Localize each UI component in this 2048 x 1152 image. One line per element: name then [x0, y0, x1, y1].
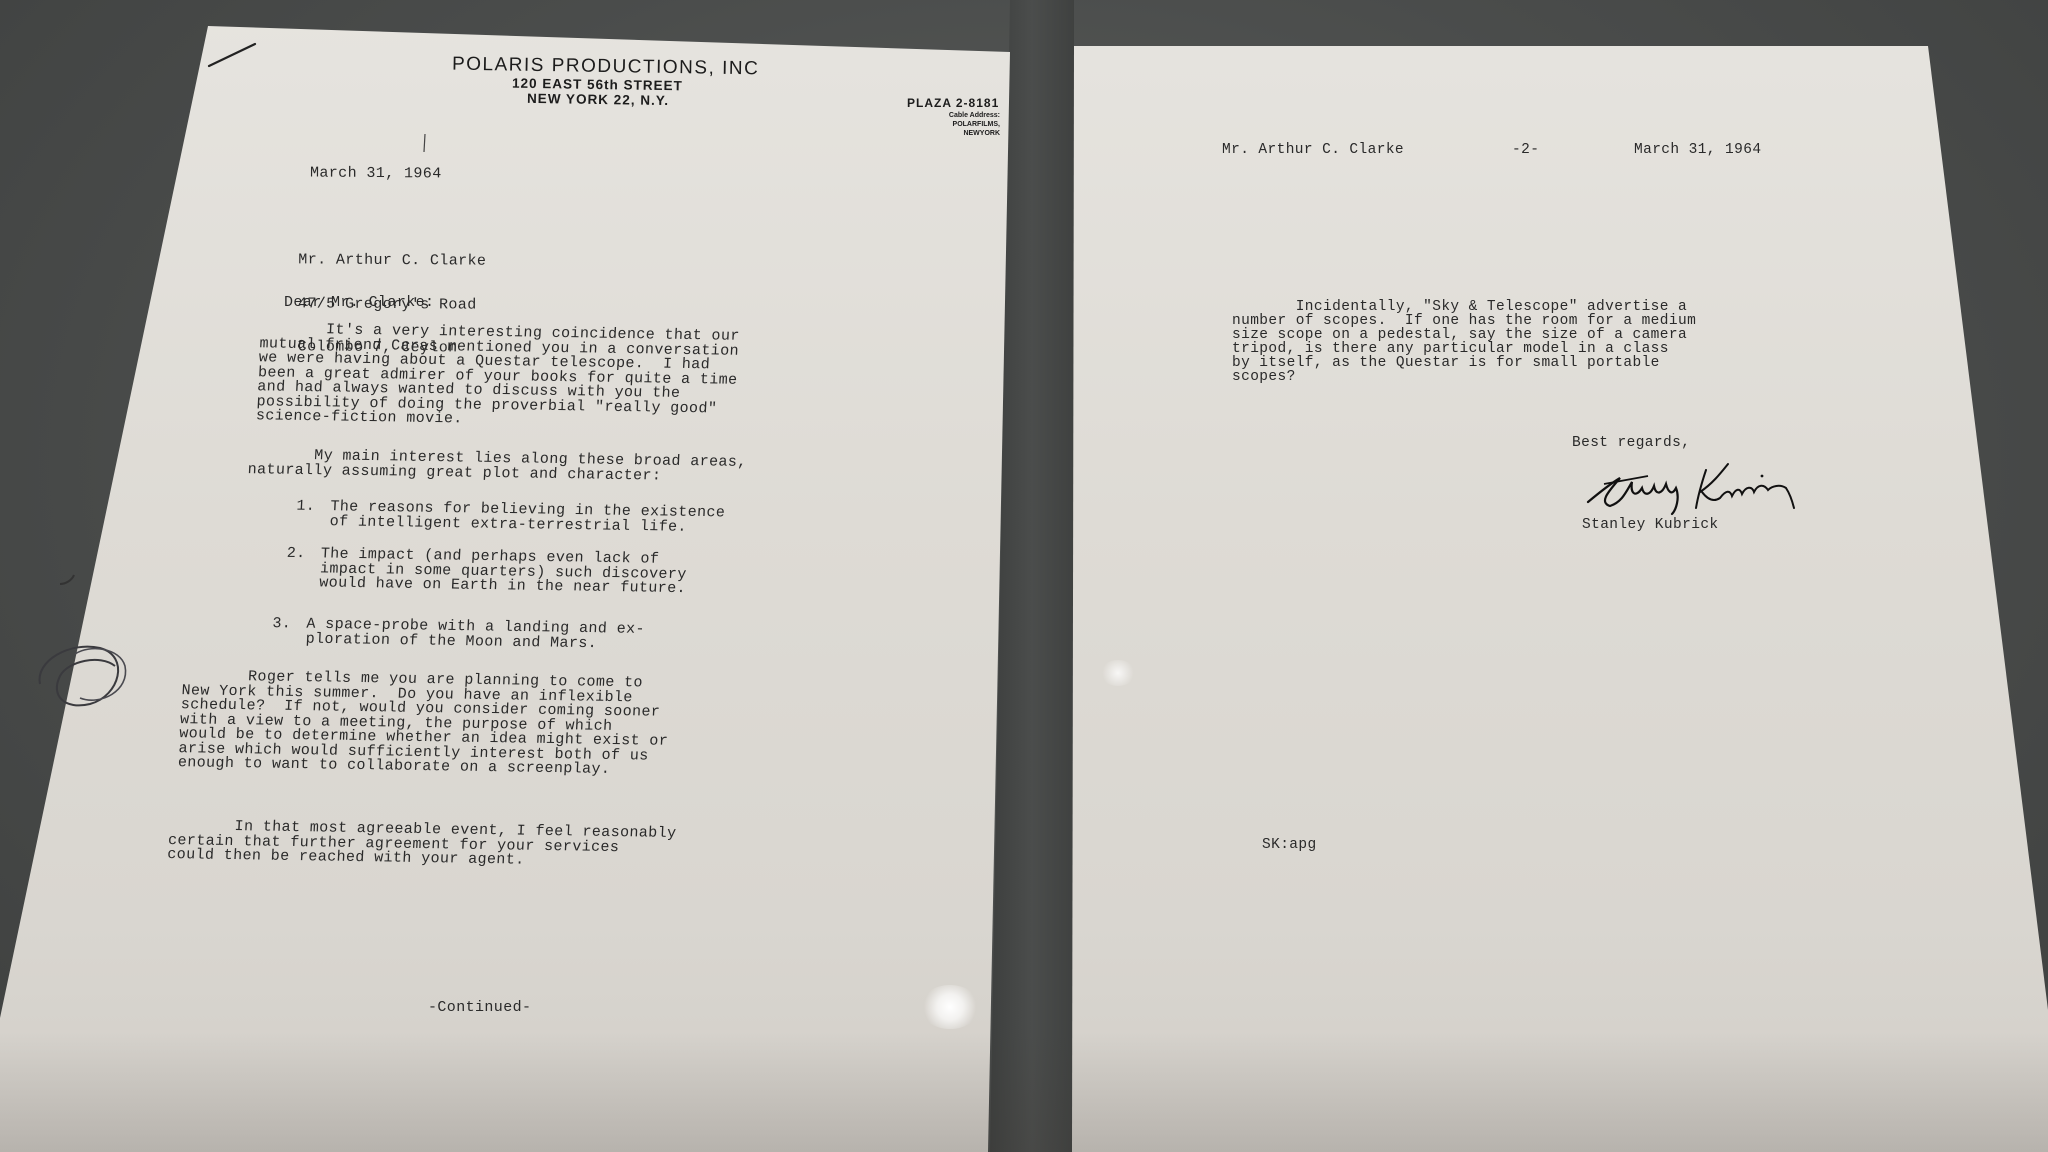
pencil-circle-annotation	[30, 636, 140, 716]
paragraph-telescope: Incidentally, "Sky & Telescope" advertis…	[1232, 300, 1696, 384]
paragraph-coincidence: It's a very interesting coincidence that…	[255, 322, 740, 431]
pencil-tick-mark	[205, 38, 265, 74]
paragraph-agreement: In that most agreeable event, I feel rea…	[167, 819, 677, 870]
pencil-hook-mark	[58, 572, 78, 588]
cable-line-2: NEWYORK	[938, 129, 1000, 138]
list-item: 3. A space-probe with a landing and ex- …	[271, 617, 645, 652]
list-text: A space-probe with a landing and ex- plo…	[305, 618, 645, 652]
bottom-shadow	[0, 1032, 2048, 1152]
pencil-small-mark	[420, 132, 430, 156]
closing: Best regards,	[1572, 436, 1690, 451]
paragraph-meeting: Roger tells me you are planning to come …	[177, 669, 671, 778]
recipient-name: Mr. Arthur C. Clarke	[298, 253, 486, 269]
letter-date: March 31, 1964	[310, 167, 442, 182]
list-text: The impact (and perhaps even lack of imp…	[319, 547, 688, 596]
page-two-recipient: Mr. Arthur C. Clarke	[1222, 143, 1404, 158]
letterhead-cable-address: Cable Address: POLARFILMS, NEWYORK	[938, 111, 1000, 138]
display-case: POLARIS PRODUCTIONS, INC 120 EAST 56th S…	[0, 0, 2048, 1152]
list-text: The reasons for believing in the existen…	[329, 500, 725, 535]
page-two-date: March 31, 1964	[1634, 143, 1761, 158]
signature	[1580, 462, 1820, 518]
cable-line-1: POLARFILMS,	[938, 120, 1000, 129]
salutation: Dear Mr. Clarke:	[284, 296, 434, 311]
signed-name: Stanley Kubrick	[1582, 518, 1719, 533]
list-number: 1.	[295, 500, 330, 530]
reference-initials: SK:apg	[1262, 838, 1317, 853]
page-number: -2-	[1512, 143, 1539, 158]
continued-footer: -Continued-	[428, 1001, 531, 1016]
list-item: 1. The reasons for believing in the exis…	[295, 500, 725, 536]
list-number: 2.	[285, 547, 321, 591]
list-item: 2. The impact (and perhaps even lack of …	[285, 547, 688, 597]
list-number: 3.	[271, 617, 306, 647]
cable-label: Cable Address:	[938, 111, 1000, 120]
letterhead-phone: PLAZA 2-8181	[907, 96, 999, 110]
letterhead-city: NEW YORK 22, N.Y.	[527, 91, 669, 108]
